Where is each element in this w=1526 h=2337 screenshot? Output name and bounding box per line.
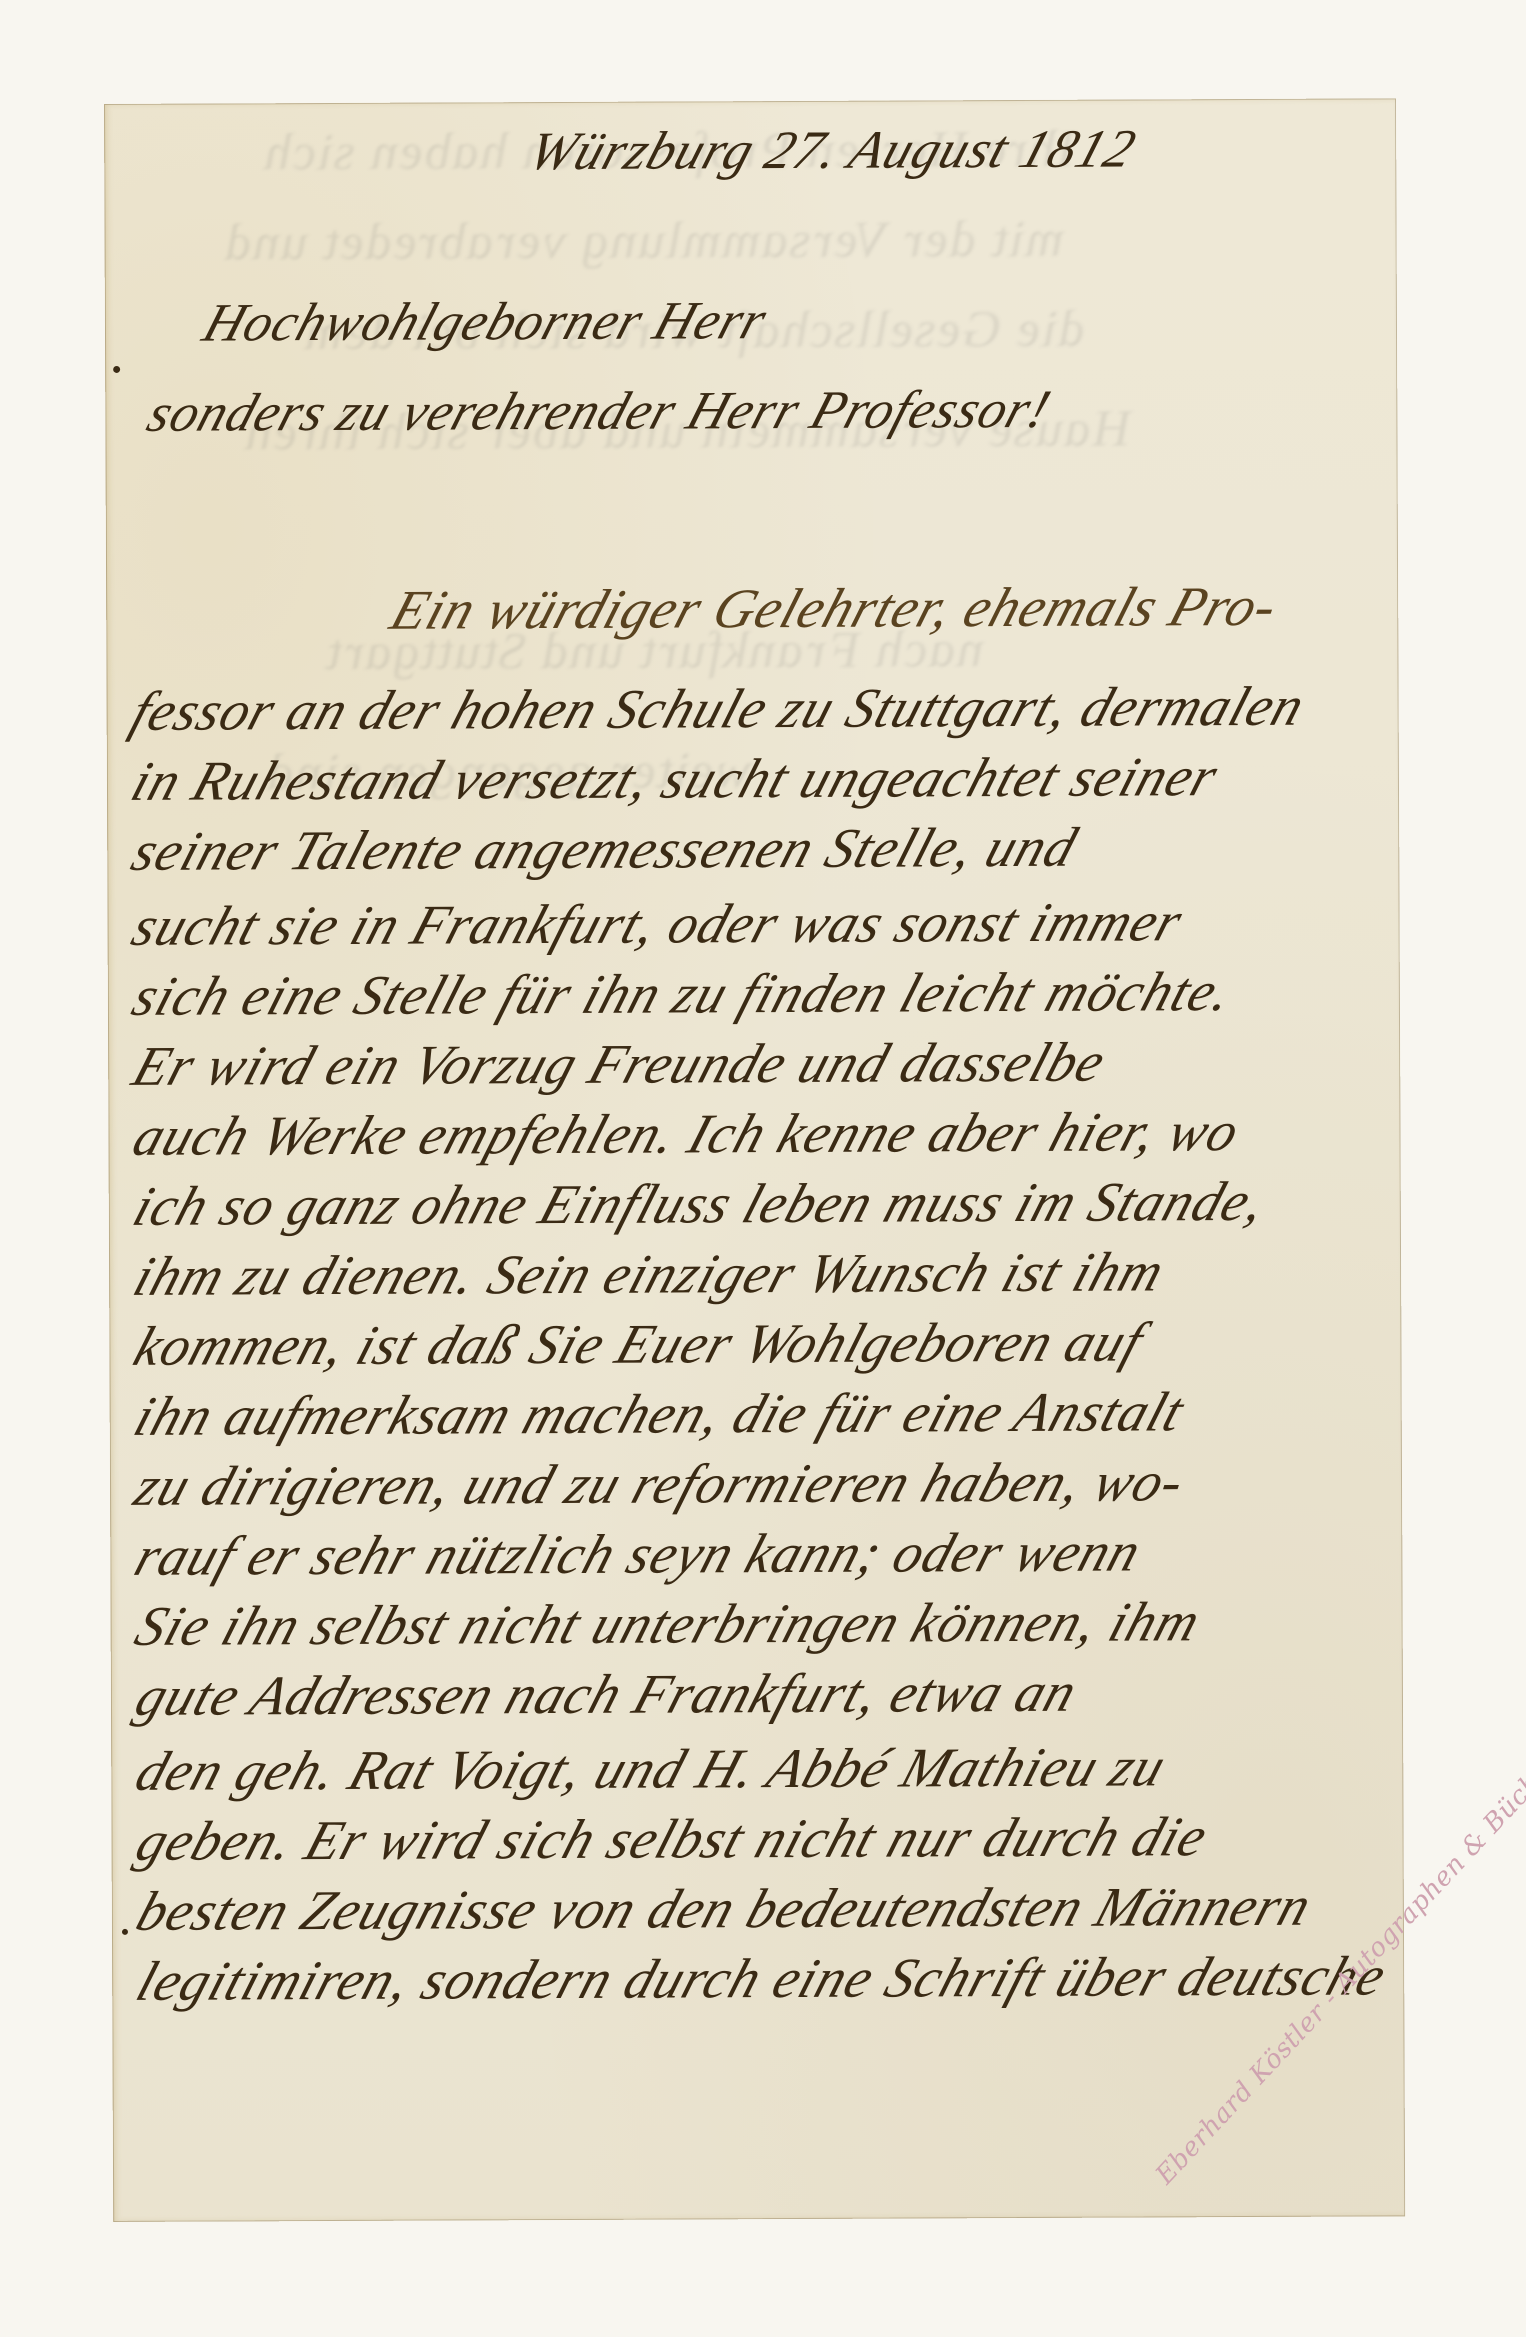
- dateline: Würzburg 27. August 1812: [522, 121, 1142, 178]
- body-line: sucht sie in Frankfurt, oder was sonst i…: [126, 894, 1190, 955]
- body-line: Er wird ein Vorzug Freunde und dasselbe: [126, 1035, 1112, 1095]
- body-line: rauf er sehr nützlich seyn kann; oder we…: [128, 1524, 1148, 1584]
- body-line: seiner Talente angemessenen Stelle, und: [125, 820, 1083, 880]
- body-line: sich eine Stelle für ihn zu finden leich…: [126, 964, 1240, 1025]
- body-line: Sie ihn selbst nicht unterbringen können…: [129, 1594, 1208, 1655]
- salutation-line-2: sonders zu verehrender Herr Professor!: [141, 382, 1057, 440]
- ink-dot: [122, 1929, 128, 1935]
- body-line: Ein würdiger Gelehrter, ehemals Pro-: [384, 579, 1285, 639]
- body-line: den geh. Rat Voigt, und H. Abbé Mathieu …: [129, 1739, 1172, 1800]
- body-line: geben. Er wird sich selbst nicht nur dur…: [130, 1809, 1215, 1870]
- body-line: zu dirigieren, und zu reformieren haben,…: [128, 1454, 1192, 1515]
- body-line: legitimiren, sondern durch eine Schrift …: [130, 1948, 1393, 2010]
- salutation-line-1: Hochwohlgeborner Herr: [197, 293, 774, 350]
- body-line: ihm zu dienen. Sein einziger Wunsch ist …: [127, 1244, 1171, 1305]
- body-line: besten Zeugnisse von den bedeutendsten M…: [130, 1879, 1318, 1940]
- body-line: ich so ganz ohne Einfluss leben muss im …: [127, 1174, 1273, 1235]
- body-line: gute Addressen nach Frankfurt, etwa an: [129, 1665, 1084, 1725]
- body-line: kommen, ist daß Sie Euer Wohlgeboren auf: [128, 1314, 1151, 1374]
- body-line: fessor an der hohen Schule zu Stuttgart,…: [125, 679, 1312, 740]
- body-line: in Ruhestand versetzt, sucht ungeachtet …: [125, 749, 1225, 810]
- ink-dot: [113, 366, 120, 373]
- body-line: auch Werke empfehlen. Ich kenne aber hie…: [127, 1104, 1247, 1165]
- letter-page: Ihre Herren Professoren haben sich mit d…: [104, 98, 1405, 2222]
- body-line: ihn aufmerksam machen, die für eine Anst…: [128, 1384, 1191, 1445]
